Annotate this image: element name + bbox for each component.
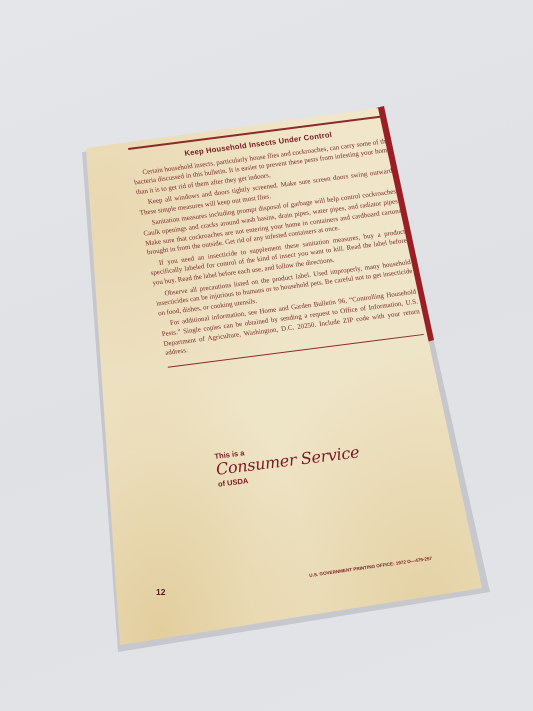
document-body: Keep Household Insects Under Control Cer… bbox=[128, 115, 424, 368]
page-number: 12 bbox=[156, 587, 165, 597]
booklet-page bbox=[0, 0, 533, 711]
